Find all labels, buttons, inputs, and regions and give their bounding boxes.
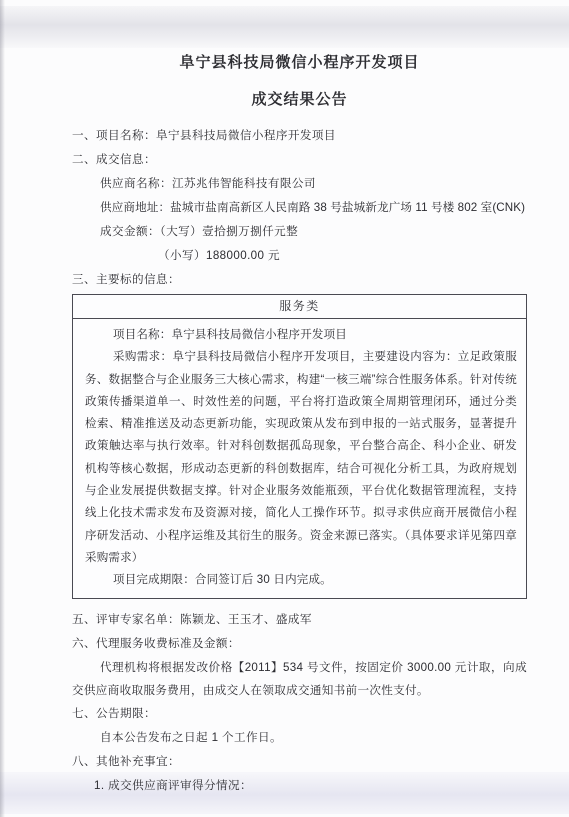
section-announcement-period: 七、公告期限： [72,702,527,726]
table-row-completion-deadline: 项目完成期限：合同签订后 30 日内完成。 [85,569,517,591]
section-other-matters: 八、其他补充事宜： [72,750,527,774]
section-expert-list: 五、评审专家名单：陈颖龙、王玉才、盛成军 [72,608,527,632]
supplier-address-row: 供应商地址：盐城市盐南高新区人民南路 38 号盐城新龙广场 11 号楼 802 … [72,196,527,220]
table-body: 项目名称：阜宁县科技局微信小程序开发项目 采购需求：阜宁县科技局微信小程序开发项… [73,319,526,598]
announcement-period-detail: 自本公告发布之日起 1 个工作日。 [72,726,527,750]
document-content: 阜宁县科技局微信小程序开发项目 成交结果公告 一、项目名称：阜宁县科技局微信小程… [72,0,527,798]
section-main-subject: 三、主要标的信息： [72,268,527,292]
amount-numeric-row: （小写）188000.00 元 [72,244,527,268]
section-deal-info: 二、成交信息： [72,148,527,172]
section-project-name: 一、项目名称：阜宁县科技局微信小程序开发项目 [72,124,527,148]
scan-shadow-left [0,0,5,817]
table-row-procurement-requirement: 采购需求：阜宁县科技局微信小程序开发项目，主要建设内容为：立足政策服务、数据整合… [85,346,517,569]
agency-fee-detail: 代理机构将根据发改价格【2011】534 号文件，按固定价 3000.00 元计… [72,656,527,702]
table-row-project-name: 项目名称：阜宁县科技局微信小程序开发项目 [85,324,517,346]
service-category-table: 服务类 项目名称：阜宁县科技局微信小程序开发项目 采购需求：阜宁县科技局微信小程… [72,294,527,599]
table-header-service-category: 服务类 [73,295,526,319]
section-agency-fee: 六、代理服务收费标准及金额： [72,632,527,656]
amount-capital-row: 成交金额：（大写）壹拾捌万捌仟元整 [72,220,527,244]
document-title: 阜宁县科技局微信小程序开发项目 [72,52,527,74]
document-subtitle: 成交结果公告 [72,89,527,111]
supplier-score-item: 1. 成交供应商评审得分情况： [72,774,527,798]
document-page: 阜宁县科技局微信小程序开发项目 成交结果公告 一、项目名称：阜宁县科技局微信小程… [0,0,569,817]
supplier-name-row: 供应商名称：江苏兆伟智能科技有限公司 [72,172,527,196]
